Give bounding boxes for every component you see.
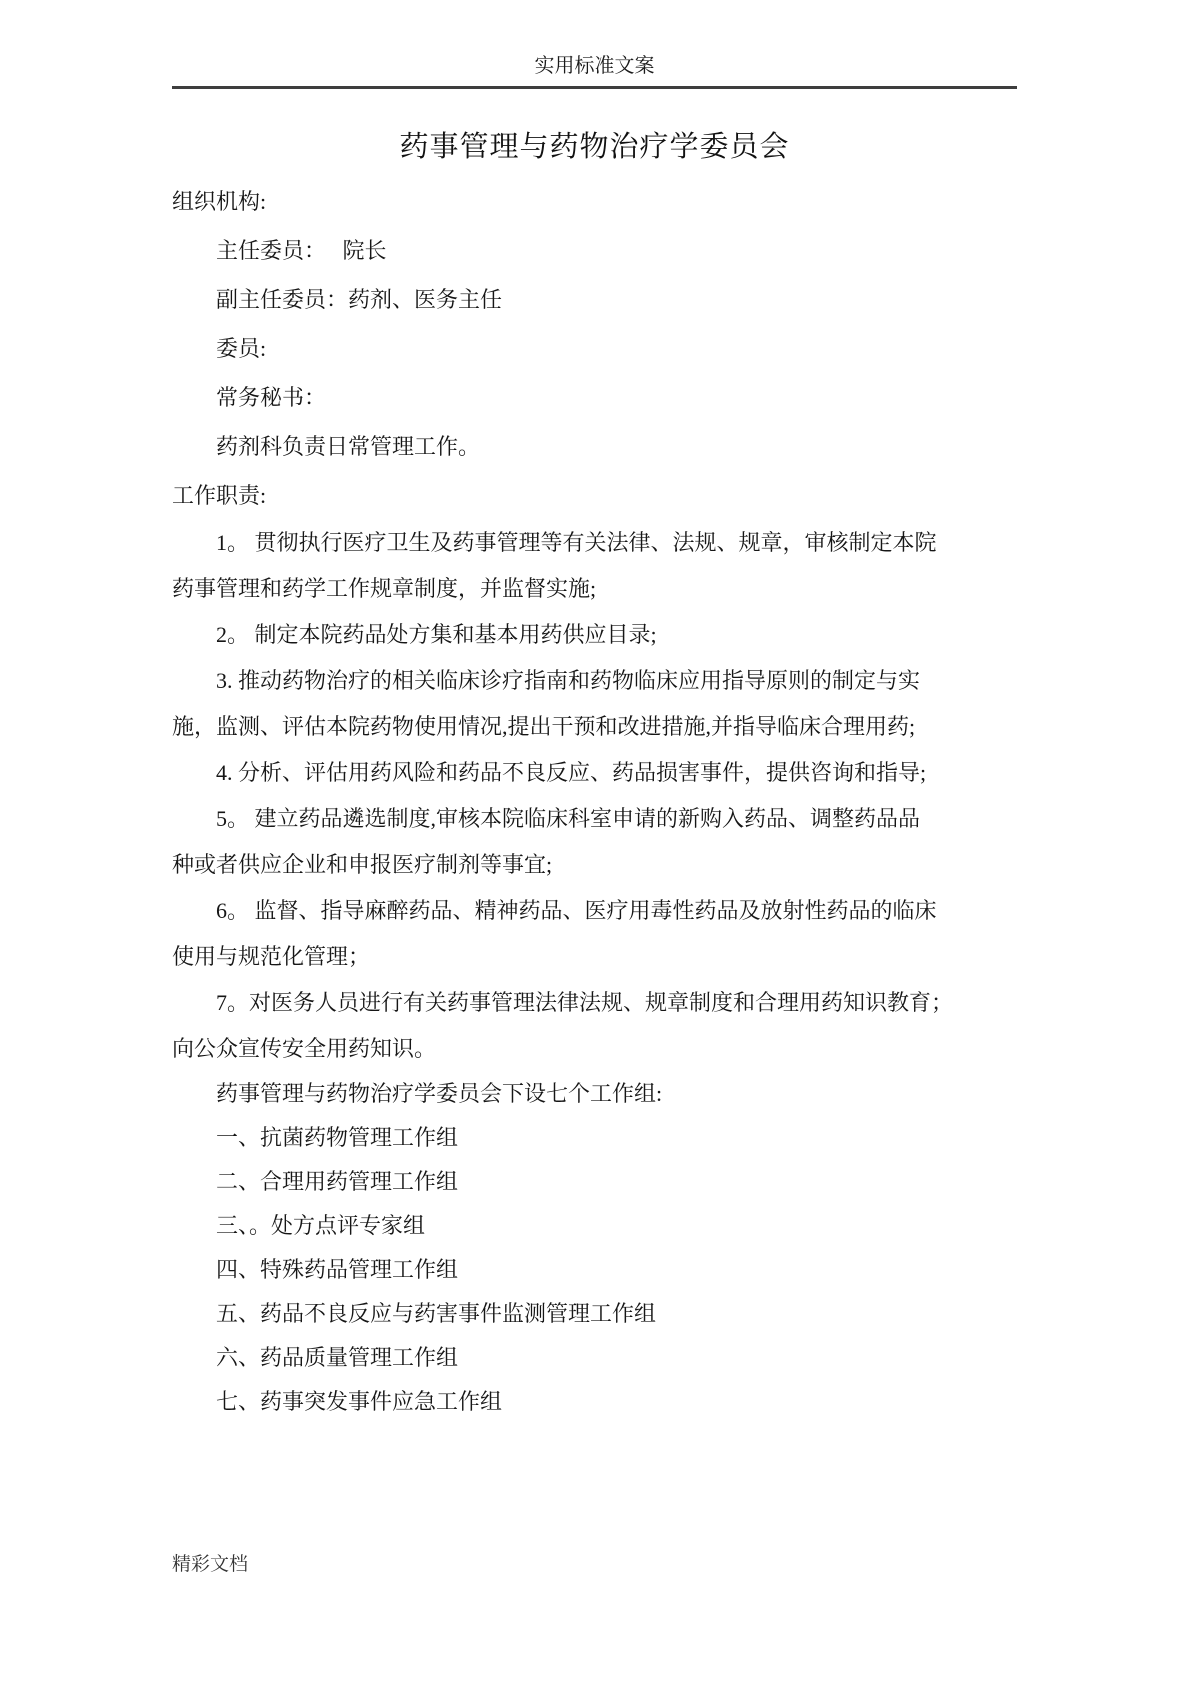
line-workgroup-1: 一、抗菌药物管理工作组 — [172, 1116, 1017, 1160]
line-duty-1: 1。 贯彻执行医疗卫生及药事管理等有关法律、法规、规章，审核制定本院 — [172, 520, 1017, 566]
document-page: 实用标准文案 药事管理与药物治疗学委员会 组织机构: 主任委员： 院长 副主任委… — [0, 0, 1189, 1682]
line-duty-4: 4. 分析、评估用药风险和药品不良反应、药品损害事件，提供咨询和指导; — [172, 750, 1017, 796]
line-deputy-commissioner: 副主任委员：药剂、医务主任 — [172, 275, 1017, 324]
line-duty-7-cont: 向公众宣传安全用药知识。 — [172, 1026, 1017, 1072]
document-title: 药事管理与药物治疗学委员会 — [0, 131, 1189, 163]
line-workgroup-4: 四、特殊药品管理工作组 — [172, 1248, 1017, 1292]
header-text: 实用标准文案 — [535, 55, 655, 77]
line-secretary: 常务秘书： — [172, 373, 1017, 422]
line-workgroup-5: 五、药品不良反应与药害事件监测管理工作组 — [172, 1292, 1017, 1336]
line-duty-5: 5。 建立药品遴选制度,审核本院临床科室申请的新购入药品、调整药品品 — [172, 796, 1017, 842]
document-body: 组织机构: 主任委员： 院长 副主任委员：药剂、医务主任 委员: 常务秘书： 药… — [172, 177, 1017, 1424]
line-duties-heading: 工作职责: — [172, 471, 1017, 520]
line-workgroup-7: 七、药事突发事件应急工作组 — [172, 1380, 1017, 1424]
line-pharmacy-dept-note: 药剂科负责日常管理工作。 — [172, 422, 1017, 471]
line-duty-1-cont: 药事管理和药学工作规章制度，并监督实施; — [172, 566, 1017, 612]
page-header: 实用标准文案 — [172, 55, 1017, 89]
line-org-structure-heading: 组织机构: — [172, 177, 1017, 226]
line-members: 委员: — [172, 324, 1017, 373]
line-workgroup-3: 三、。处方点评专家组 — [172, 1204, 1017, 1248]
line-duty-7: 7。对医务人员进行有关药事管理法律法规、规章制度和合理用药知识教育； — [172, 980, 1017, 1026]
line-workgroup-2: 二、合理用药管理工作组 — [172, 1160, 1017, 1204]
line-duty-5-cont: 种或者供应企业和申报医疗制剂等事宜; — [172, 842, 1017, 888]
line-duty-6: 6。 监督、指导麻醉药品、精神药品、医疗用毒性药品及放射性药品的临床 — [172, 888, 1017, 934]
line-duty-6-cont: 使用与规范化管理； — [172, 934, 1017, 980]
footer-text: 精彩文档 — [172, 1554, 248, 1575]
line-workgroup-6: 六、药品质量管理工作组 — [172, 1336, 1017, 1380]
page-footer: 精彩文档 — [172, 1554, 1017, 1576]
line-workgroups-heading: 药事管理与药物治疗学委员会下设七个工作组: — [172, 1072, 1017, 1116]
line-duty-3: 3. 推动药物治疗的相关临床诊疗指南和药物临床应用指导原则的制定与实 — [172, 658, 1017, 704]
line-duty-3-cont: 施，监测、评估本院药物使用情况,提出干预和改进措施,并指导临床合理用药; — [172, 704, 1017, 750]
line-duty-2: 2。 制定本院药品处方集和基本用药供应目录; — [172, 612, 1017, 658]
line-chief-commissioner: 主任委员： 院长 — [172, 226, 1017, 275]
